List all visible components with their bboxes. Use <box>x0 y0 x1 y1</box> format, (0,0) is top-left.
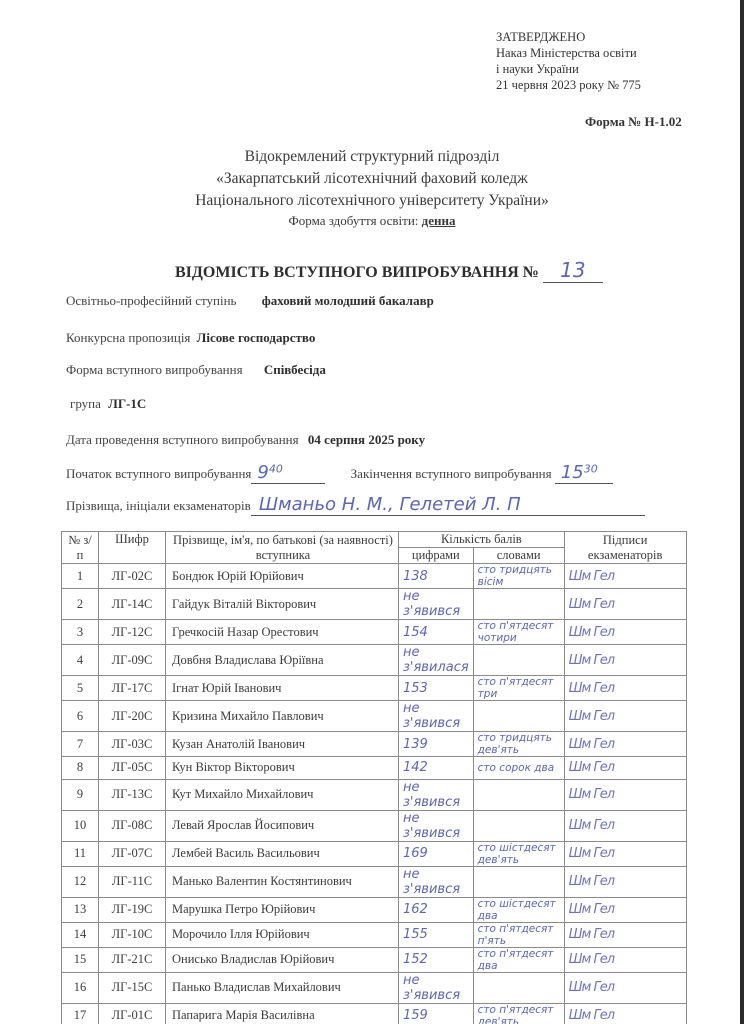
row-signature: Шм Гел <box>564 922 686 947</box>
row-score-words <box>473 589 564 620</box>
competition-value: Лісове господарство <box>197 330 316 345</box>
degree-label: Освітньо-професійний ступінь <box>66 293 236 308</box>
row-score-digits: 169 <box>399 841 474 866</box>
time-field: Початок вступного випробування940 Закінч… <box>66 462 613 484</box>
institution-name: Відокремлений структурний підрозділ «Зак… <box>0 146 744 212</box>
row-code: ЛГ-08С <box>99 810 166 841</box>
row-score-digits: 142 <box>399 757 474 780</box>
signature-mark: Шм Гел <box>569 1008 614 1023</box>
row-signature: Шм Гел <box>564 620 686 645</box>
row-signature: Шм Гел <box>564 841 686 866</box>
row-score-digits: 162 <box>399 897 474 922</box>
signature-mark: Шм Гел <box>569 927 614 942</box>
date-label: Дата проведення вступного випробування <box>66 432 299 447</box>
row-code: ЛГ-02С <box>99 564 166 589</box>
row-score-words: сто п'ятдесят два <box>473 947 564 972</box>
row-number: 11 <box>62 841 99 866</box>
row-code: ЛГ-17С <box>99 676 166 701</box>
row-number: 12 <box>62 866 99 897</box>
row-name: Кут Михайло Михайлович <box>166 779 399 810</box>
row-score-words: сто п'ятдесят три <box>473 676 564 701</box>
row-code: ЛГ-03С <box>99 732 166 757</box>
start-label: Початок вступного випробування <box>66 466 251 481</box>
date-field: Дата проведення вступного випробування 0… <box>66 432 425 448</box>
row-signature: Шм Гел <box>564 947 686 972</box>
row-number: 6 <box>62 701 99 732</box>
start-minutes: 40 <box>269 463 283 476</box>
end-time: 1530 <box>555 462 613 484</box>
row-signature: Шм Гел <box>564 676 686 701</box>
row-number: 9 <box>62 779 99 810</box>
row-name: Гайдук Віталій Вікторович <box>166 589 399 620</box>
signature-mark: Шм Гел <box>569 818 614 833</box>
row-score-words: сто п'ятдесят п'ять <box>473 922 564 947</box>
row-number: 3 <box>62 620 99 645</box>
row-code: ЛГ-05С <box>99 757 166 780</box>
signature-mark: Шм Гел <box>569 625 614 640</box>
row-name: Панько Владислав Михайлович <box>166 972 399 1003</box>
row-signature: Шм Гел <box>564 897 686 922</box>
end-label: Закінчення вступного випробування <box>351 466 552 481</box>
competition-field: Конкурсна пропозиція Лісове господарство <box>66 330 315 346</box>
row-number: 7 <box>62 732 99 757</box>
approval-line: Наказ Міністерства освіти <box>496 45 641 61</box>
row-score-words <box>473 645 564 676</box>
row-score-digits: 152 <box>399 947 474 972</box>
row-name: Кун Віктор Вікторович <box>166 757 399 780</box>
end-minutes: 30 <box>584 463 598 476</box>
row-signature: Шм Гел <box>564 1003 686 1024</box>
row-name: Папарига Марія Василівна <box>166 1003 399 1024</box>
signature-mark: Шм Гел <box>569 902 614 917</box>
row-signature: Шм Гел <box>564 701 686 732</box>
signature-mark: Шм Гел <box>569 569 614 584</box>
row-code: ЛГ-15С <box>99 972 166 1003</box>
row-score-digits: не з'явився <box>399 589 474 620</box>
row-number: 1 <box>62 564 99 589</box>
col-signatures: Підписи екзаменаторів <box>564 532 686 564</box>
row-code: ЛГ-11С <box>99 866 166 897</box>
approval-line: 21 червня 2023 року № 775 <box>496 77 641 93</box>
row-score-digits: не з'явився <box>399 701 474 732</box>
col-score: Кількість балів <box>399 532 565 548</box>
row-name: Гречкосій Назар Орестович <box>166 620 399 645</box>
row-code: ЛГ-10С <box>99 922 166 947</box>
row-signature: Шм Гел <box>564 732 686 757</box>
row-signature: Шм Гел <box>564 810 686 841</box>
row-name: Довбня Владислава Юріївна <box>166 645 399 676</box>
table-row: 13ЛГ-19СМарушка Петро Юрійович162сто шіс… <box>62 897 687 922</box>
table-row: 3ЛГ-12СГречкосій Назар Орестович154сто п… <box>62 620 687 645</box>
row-number: 16 <box>62 972 99 1003</box>
col-digits: цифрами <box>399 548 474 564</box>
group-field: група ЛГ-1С <box>70 396 146 412</box>
row-score-digits: не з'явилася <box>399 645 474 676</box>
row-name: Ігнат Юрій Іванович <box>166 676 399 701</box>
start-time: 940 <box>251 462 325 484</box>
row-code: ЛГ-01С <box>99 1003 166 1024</box>
row-number: 17 <box>62 1003 99 1024</box>
examiners-value: Шманьо Н. М., Гелетей Л. П <box>251 494 645 516</box>
row-score-digits: 159 <box>399 1003 474 1024</box>
signature-mark: Шм Гел <box>569 681 614 696</box>
table-row: 14ЛГ-10СМорочило Ілля Юрійович155сто п'я… <box>62 922 687 947</box>
table-row: 4ЛГ-09СДовбня Владислава Юріївнане з'яви… <box>62 645 687 676</box>
title-text: ВІДОМІСТЬ ВСТУПНОГО ВИПРОБУВАННЯ № <box>175 264 539 281</box>
row-code: ЛГ-19С <box>99 897 166 922</box>
col-number: № з/п <box>62 532 99 564</box>
row-score-digits: 153 <box>399 676 474 701</box>
col-code: Шифр <box>99 532 166 564</box>
table-header-row: № з/п Шифр Прізвище, ім'я, по батькові (… <box>62 532 687 548</box>
institution-line: Національного лісотехнічного університет… <box>0 190 744 212</box>
page-title: ВІДОМІСТЬ ВСТУПНОГО ВИПРОБУВАННЯ №13 <box>175 258 603 283</box>
signature-mark: Шм Гел <box>569 709 614 724</box>
row-number: 5 <box>62 676 99 701</box>
table-row: 7ЛГ-03СКузан Анатолій Іванович139сто три… <box>62 732 687 757</box>
row-score-words <box>473 972 564 1003</box>
start-hours: 9 <box>257 462 268 483</box>
row-code: ЛГ-07С <box>99 841 166 866</box>
row-name: Онисько Владислав Юрійович <box>166 947 399 972</box>
row-signature: Шм Гел <box>564 972 686 1003</box>
row-score-digits: не з'явився <box>399 866 474 897</box>
row-number: 10 <box>62 810 99 841</box>
row-name: Кузан Анатолій Іванович <box>166 732 399 757</box>
signature-mark: Шм Гел <box>569 597 614 612</box>
row-name: Левай Ярослав Йосипович <box>166 810 399 841</box>
signature-mark: Шм Гел <box>569 952 614 967</box>
table-row: 9ЛГ-13СКут Михайло Михайловичне з'явився… <box>62 779 687 810</box>
results-table: № з/п Шифр Прізвище, ім'я, по батькові (… <box>61 531 687 1024</box>
row-score-words <box>473 701 564 732</box>
row-number: 4 <box>62 645 99 676</box>
row-number: 2 <box>62 589 99 620</box>
row-score-digits: не з'явився <box>399 810 474 841</box>
exam-form-label: Форма вступного випробування <box>66 362 243 377</box>
approval-stamp: ЗАТВЕРДЖЕНО Наказ Міністерства освіти і … <box>496 29 641 93</box>
table-row: 1ЛГ-02СБондюк Юрій Юрійович138сто тридця… <box>62 564 687 589</box>
signature-mark: Шм Гел <box>569 874 614 889</box>
row-number: 8 <box>62 757 99 780</box>
signature-mark: Шм Гел <box>569 787 614 802</box>
row-score-words <box>473 779 564 810</box>
row-number: 14 <box>62 922 99 947</box>
table-row: 5ЛГ-17СІгнат Юрій Іванович153сто п'ятдес… <box>62 676 687 701</box>
group-value: ЛГ-1С <box>108 396 146 411</box>
approval-line: і науки України <box>496 61 641 77</box>
institution-line: «Закарпатський лісотехнічний фаховий кол… <box>0 168 744 190</box>
row-name: Кризина Михайло Павлович <box>166 701 399 732</box>
table-row: 16ЛГ-15СПанько Владислав Михайловичне з'… <box>62 972 687 1003</box>
table-row: 10ЛГ-08СЛевай Ярослав Йосиповичне з'явив… <box>62 810 687 841</box>
row-score-words: сто п'ятдесят дев'ять <box>473 1003 564 1024</box>
row-signature: Шм Гел <box>564 757 686 780</box>
table-row: 8ЛГ-05СКун Віктор Вікторович142сто сорок… <box>62 757 687 780</box>
signature-mark: Шм Гел <box>569 980 614 995</box>
row-code: ЛГ-21С <box>99 947 166 972</box>
signature-mark: Шм Гел <box>569 737 614 752</box>
date-value: 04 серпня 2025 року <box>308 432 425 447</box>
row-name: Манько Валентин Костянтинович <box>166 866 399 897</box>
signature-mark: Шм Гел <box>569 653 614 668</box>
exam-form-field: Форма вступного випробування Співбесіда <box>66 362 326 378</box>
study-form: Форма здобуття освіти: денна <box>0 213 744 229</box>
examiners-label: Прізвища, ініціали екзаменаторів <box>66 498 251 513</box>
row-score-digits: 138 <box>399 564 474 589</box>
signature-mark: Шм Гел <box>569 760 614 775</box>
row-code: ЛГ-12С <box>99 620 166 645</box>
row-score-words <box>473 810 564 841</box>
degree-value: фаховий молодший бакалавр <box>262 293 434 308</box>
form-number: Форма № Н-1.02 <box>585 114 682 130</box>
col-words: словами <box>473 548 564 564</box>
row-name: Лембей Василь Васильович <box>166 841 399 866</box>
row-score-words: сто тридцять вісім <box>473 564 564 589</box>
row-signature: Шм Гел <box>564 645 686 676</box>
table-row: 12ЛГ-11СМанько Валентин Костянтиновичне … <box>62 866 687 897</box>
row-code: ЛГ-13С <box>99 779 166 810</box>
row-score-words: сто тридцять дев'ять <box>473 732 564 757</box>
row-signature: Шм Гел <box>564 779 686 810</box>
table-row: 2ЛГ-14СГайдук Віталій Вікторовичне з'яви… <box>62 589 687 620</box>
row-score-digits: не з'явився <box>399 972 474 1003</box>
row-number: 13 <box>62 897 99 922</box>
degree-field: Освітньо-професійний ступінь фаховий мол… <box>66 293 434 309</box>
table-row: 15ЛГ-21СОнисько Владислав Юрійович152сто… <box>62 947 687 972</box>
col-name: Прізвище, ім'я, по батькові (за наявност… <box>166 532 399 564</box>
row-score-words: сто шістдесят дев'ять <box>473 841 564 866</box>
row-score-words: сто сорок два <box>473 757 564 780</box>
row-score-words <box>473 866 564 897</box>
competition-label: Конкурсна пропозиція <box>66 330 190 345</box>
row-score-digits: 154 <box>399 620 474 645</box>
end-hours: 15 <box>561 462 584 483</box>
row-score-words: сто шістдесят два <box>473 897 564 922</box>
table-row: 11ЛГ-07СЛембей Василь Васильович169сто ш… <box>62 841 687 866</box>
row-score-words: сто п'ятдесят чотири <box>473 620 564 645</box>
record-number: 13 <box>543 258 603 283</box>
row-score-digits: 139 <box>399 732 474 757</box>
signature-mark: Шм Гел <box>569 846 614 861</box>
study-form-value: денна <box>422 213 456 228</box>
examiners-field: Прізвища, ініціали екзаменаторівШманьо Н… <box>66 494 645 516</box>
row-name: Бондюк Юрій Юрійович <box>166 564 399 589</box>
exam-form-value: Співбесіда <box>264 362 326 377</box>
row-score-digits: не з'явився <box>399 779 474 810</box>
row-signature: Шм Гел <box>564 564 686 589</box>
row-code: ЛГ-09С <box>99 645 166 676</box>
table-row: 6ЛГ-20СКризина Михайло Павловичне з'явив… <box>62 701 687 732</box>
row-name: Марушка Петро Юрійович <box>166 897 399 922</box>
row-number: 15 <box>62 947 99 972</box>
row-score-digits: 155 <box>399 922 474 947</box>
table-row: 17ЛГ-01СПапарига Марія Василівна159сто п… <box>62 1003 687 1024</box>
institution-line: Відокремлений структурний підрозділ <box>0 146 744 168</box>
row-signature: Шм Гел <box>564 866 686 897</box>
approval-line: ЗАТВЕРДЖЕНО <box>496 29 641 45</box>
study-form-label: Форма здобуття освіти: <box>289 213 419 228</box>
row-code: ЛГ-20С <box>99 701 166 732</box>
row-code: ЛГ-14С <box>99 589 166 620</box>
row-name: Морочило Ілля Юрійович <box>166 922 399 947</box>
group-label: група <box>70 396 101 411</box>
row-signature: Шм Гел <box>564 589 686 620</box>
